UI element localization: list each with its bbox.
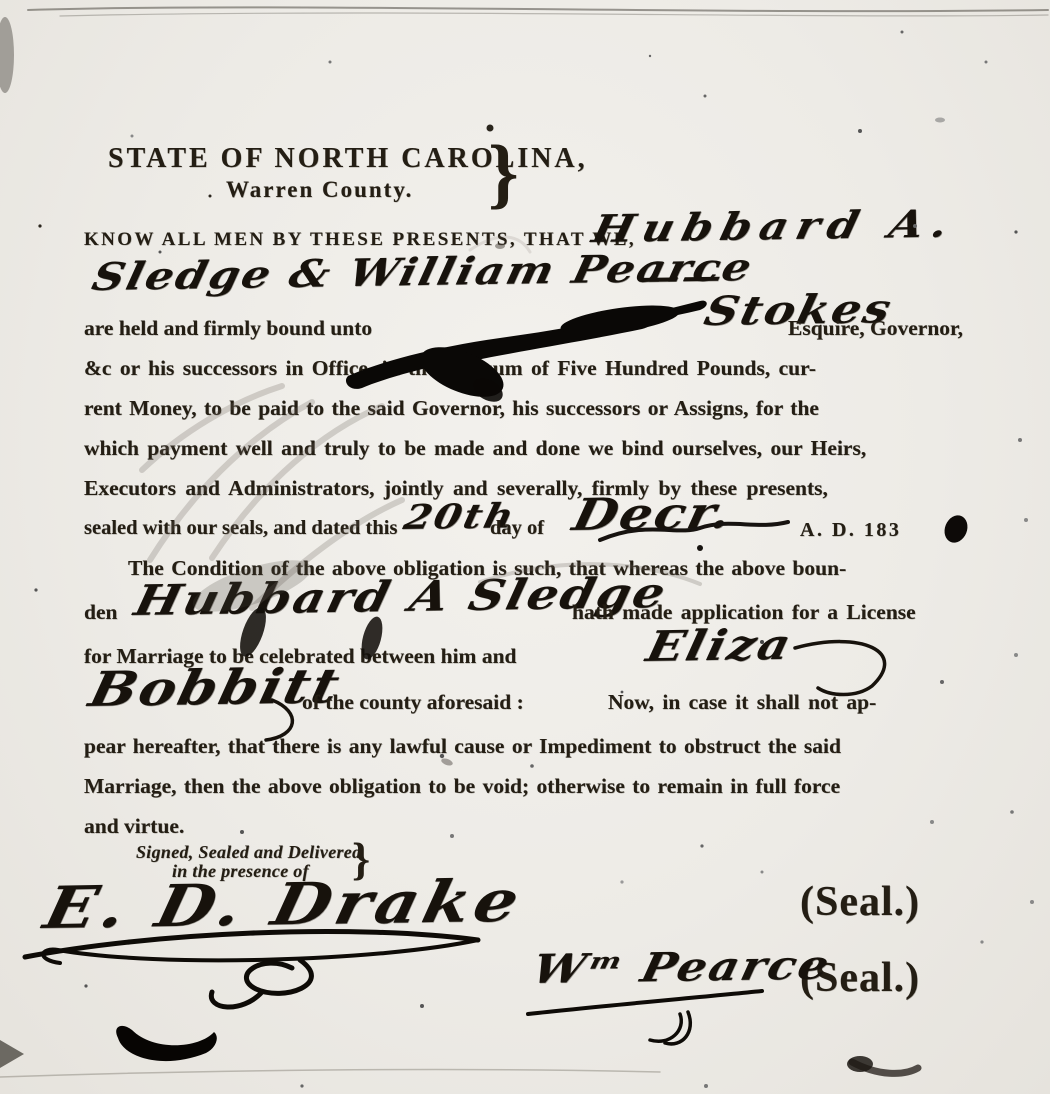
pearce-signature-flourish-icon <box>528 991 762 1044</box>
redaction-ink-smear-icon <box>346 300 707 407</box>
hand-bride-first: Eliza <box>642 620 798 671</box>
line-void-clause: Marriage, then the above obligation to b… <box>84 774 840 799</box>
month-period-dot <box>697 545 703 551</box>
line-and-virtue: and virtue. <box>84 814 184 839</box>
line-payment: which payment well and truly to be made … <box>84 436 866 461</box>
line-den: den <box>84 600 117 625</box>
seal-label-top: (Seal.) <box>800 878 920 926</box>
line-day-of: day of <box>490 517 544 540</box>
hand-bondsman-signature: Wᵐ Pearce <box>528 942 836 993</box>
line-current-money: rent Money, to be paid to the said Gover… <box>84 396 819 421</box>
line-impediment: pear hereafter, that there is any lawful… <box>84 734 841 759</box>
header-brace-icon: } <box>488 128 519 218</box>
drake-heavy-ink-stroke-icon <box>116 1026 217 1061</box>
header-county: Warren County. <box>226 177 413 203</box>
ink-blot-year-digit-icon <box>941 512 972 546</box>
line-county-aforesaid: of the county aforesaid : <box>302 690 524 715</box>
line-successors: &c or his successors in Office, in the f… <box>84 356 816 381</box>
drake-signature-flourish-icon <box>25 932 478 1008</box>
attestation-line-1: Signed, Sealed and Delivered <box>136 842 361 863</box>
bottom-right-smudge-icon <box>847 1056 918 1073</box>
line-anno-domini: A. D. 183 <box>800 519 901 542</box>
line-now-clause: Now, in case it shall not ap- <box>608 690 876 715</box>
line-bound-unto: are held and firmly bound unto <box>84 316 372 341</box>
line-sealed: sealed with our seals, and dated this <box>84 517 397 540</box>
hand-month: Decr. <box>568 488 738 541</box>
hand-obligor-first: Hubbard A. <box>588 201 961 251</box>
document-scan: STATE OF NORTH CAROLINA, Warren County. … <box>0 0 1050 1094</box>
hand-witness-signature: E. D. Drake <box>38 867 530 942</box>
bride-name-flourish-icon <box>795 642 885 695</box>
line-esquire-governor: Esquire, Governor, <box>788 316 963 341</box>
